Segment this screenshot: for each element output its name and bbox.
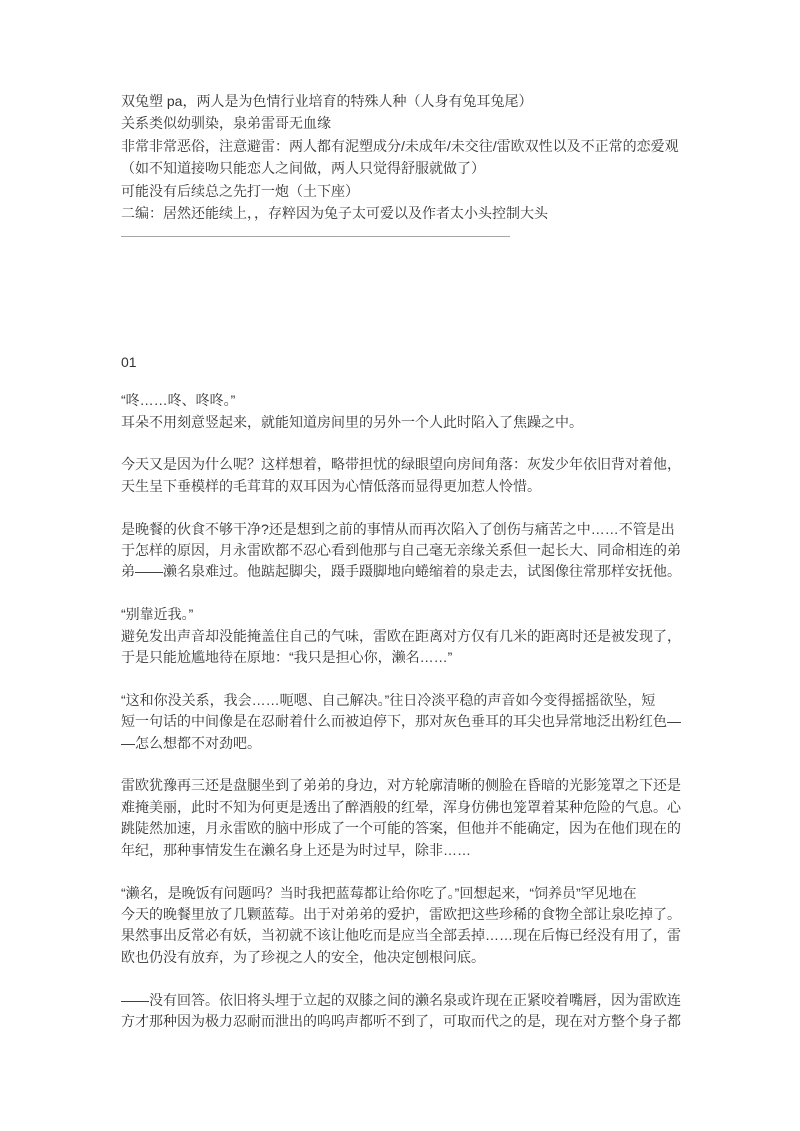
story-line: “咚……咚、咚咚。” — [121, 390, 687, 411]
document-page: 双兔塑 pa，两人是为色情行业培育的特殊人种（人身有兔耳兔尾）关系类似幼驯染，泉… — [0, 0, 800, 1131]
story-line: “濑名，是晚饭有问题吗？当时我把蓝莓都让给你吃了。”回想起来，“饲养员”罕见地在 — [121, 883, 687, 904]
story-line: 天生呈下垂模样的毛茸茸的双耳因为心情低落而显得更加惹人怜惜。 — [121, 476, 687, 497]
story-line: 雷欧犹豫再三还是盘腿坐到了弟弟的身边，对方轮廓清晰的侧脸在昏暗的光影笼罩之下还是 — [121, 775, 687, 796]
note-line: 关系类似幼驯染，泉弟雷哥无血缘 — [121, 112, 687, 134]
story-line: 弟——濑名泉难过。他踮起脚尖，蹑手蹑脚地向蜷缩着的泉走去，试图像往常那样安抚他。 — [121, 561, 687, 582]
story-paragraph: 今天又是因为什么呢？这样想着，略带担忧的绿眼望向房间角落：灰发少年依旧背对着他，… — [121, 454, 687, 497]
story-line: 难掩美丽，此时不知为何更是透出了醉酒般的红晕，浑身仿佛也笼罩着某种危险的气息。心 — [121, 797, 687, 818]
story-line: 避免发出声音却没能掩盖住自己的气味，雷欧在距离对方仅有几米的距离时还是被发现了， — [121, 626, 687, 647]
note-line: 二编：居然还能续上，，存粹因为兔子太可爱以及作者太小头控制大头 — [121, 202, 687, 224]
note-line: 非常非常恶俗，注意避雷：两人都有泥塑成分/未成年/未交往/雷欧双性以及不正常的恋… — [121, 135, 687, 157]
story-paragraph: “濑名，是晚饭有问题吗？当时我把蓝莓都让给你吃了。”回想起来，“饲养员”罕见地在… — [121, 883, 687, 969]
story-line: 耳朵不用刻意竖起来，就能知道房间里的另外一个人此时陷入了焦躁之中。 — [121, 412, 687, 433]
story-paragraph: ——没有回答。依旧将头埋于立起的双膝之间的濑名泉或许现在正紧咬着嘴唇，因为雷欧连… — [121, 990, 687, 1033]
story-line: 果然事出反常必有妖，当初就不该让他吃而是应当全部丢掉……现在后悔已经没有用了，雷 — [121, 925, 687, 946]
note-line: （如不知道接吻只能恋人之间做，两人只觉得舒服就做了） — [121, 157, 687, 179]
story-body: “咚……咚、咚咚。”耳朵不用刻意竖起来，就能知道房间里的另外一个人此时陷入了焦躁… — [121, 390, 687, 1032]
story-paragraph: “这和你没关系，我会……呃嗯、自己解决。”往日冷淡平稳的声音如今变得摇摇欲坠，短… — [121, 690, 687, 754]
story-paragraph: “别靠近我。”避免发出声音却没能掩盖住自己的气味，雷欧在距离对方仅有几米的距离时… — [121, 604, 687, 668]
section-number: 01 — [121, 352, 687, 373]
story-paragraph: 是晚餐的伙食不够干净?还是想到之前的事情从而再次陷入了创伤与痛苦之中……不管是出… — [121, 519, 687, 583]
story-paragraph: “咚……咚、咚咚。”耳朵不用刻意竖起来，就能知道房间里的另外一个人此时陷入了焦躁… — [121, 390, 687, 433]
story-line: ——没有回答。依旧将头埋于立起的双膝之间的濑名泉或许现在正紧咬着嘴唇，因为雷欧连 — [121, 990, 687, 1011]
story-line: 短一句话的中间像是在忍耐着什么而被迫停下，那对灰色垂耳的耳尖也异常地泛出粉红色— — [121, 711, 687, 732]
story-line: 于是只能尬尴地待在原地：“我只是担心你，濑名……” — [121, 647, 687, 668]
story-line: 今天又是因为什么呢？这样想着，略带担忧的绿眼望向房间角落：灰发少年依旧背对着他， — [121, 454, 687, 475]
story-line: “这和你没关系，我会……呃嗯、自己解决。”往日冷淡平稳的声音如今变得摇摇欲坠，短 — [121, 690, 687, 711]
story-line: 是晚餐的伙食不够干净?还是想到之前的事情从而再次陷入了创伤与痛苦之中……不管是出 — [121, 519, 687, 540]
divider-line: ——————————————————————————————— — [121, 224, 687, 246]
story-line: 欧也仍没有放弃，为了珍视之人的安全，他决定刨根问底。 — [121, 947, 687, 968]
story-paragraph: 雷欧犹豫再三还是盘腿坐到了弟弟的身边，对方轮廓清晰的侧脸在昏暗的光影笼罩之下还是… — [121, 775, 687, 861]
note-line: 可能没有后续总之先打一炮（土下座） — [121, 180, 687, 202]
story-line: “别靠近我。” — [121, 604, 687, 625]
story-line: 方才那种因为极力忍耐而泄出的呜呜声都听不到了，可取而代之的是，现在对方整个身子都 — [121, 1011, 687, 1032]
story-line: 跳陡然加速，月永雷欧的脑中形成了一个可能的答案，但他并不能确定，因为在他们现在的 — [121, 818, 687, 839]
story-line: —怎么想都不对劲吧。 — [121, 733, 687, 754]
note-line: 双兔塑 pa，两人是为色情行业培育的特殊人种（人身有兔耳兔尾） — [121, 90, 687, 112]
author-notes-block: 双兔塑 pa，两人是为色情行业培育的特殊人种（人身有兔耳兔尾）关系类似幼驯染，泉… — [121, 90, 687, 224]
story-line: 今天的晚餐里放了几颗蓝莓。出于对弟弟的爱护，雷欧把这些珍稀的食物全部让泉吃掉了。 — [121, 904, 687, 925]
story-line: 年纪，那种事情发生在濑名身上还是为时过早，除非…… — [121, 840, 687, 861]
story-line: 于怎样的原因，月永雷欧都不忍心看到他那与自己毫无亲缘关系但一起长大、同命相连的弟 — [121, 540, 687, 561]
document-content: 双兔塑 pa，两人是为色情行业培育的特殊人种（人身有兔耳兔尾）关系类似幼驯染，泉… — [121, 90, 687, 1032]
